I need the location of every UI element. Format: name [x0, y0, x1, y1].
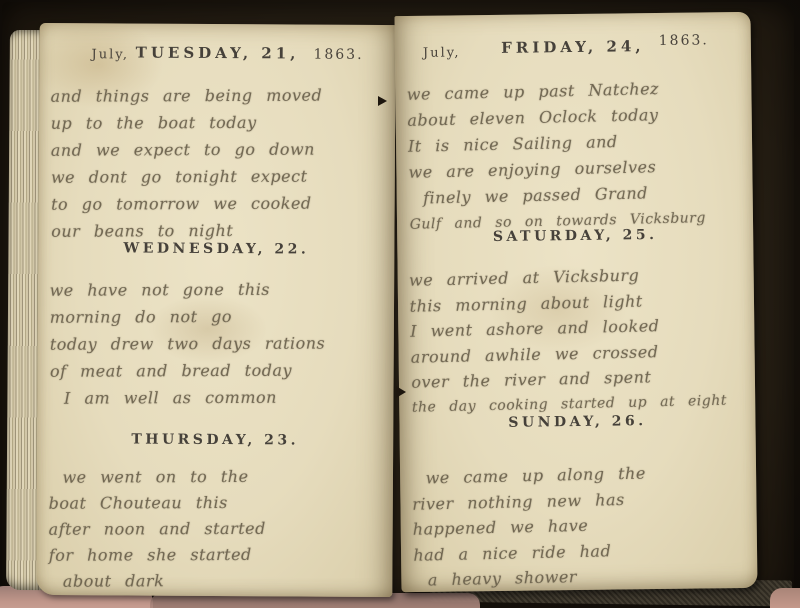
gutter-tear-mark	[396, 386, 406, 398]
section-header-wednesday: WEDNESDAY, 22.	[38, 240, 394, 258]
handwritten-line: up to the boat today	[51, 108, 389, 136]
section-header-thursday: THURSDAY, 23.	[37, 431, 393, 449]
year-label: 1863.	[313, 47, 363, 63]
handwritten-line: we went on to the	[62, 463, 386, 490]
section-header-sunday: SUNDAY, 26.	[399, 412, 755, 432]
diary-entry-sunday: we came up along the river nothing new h…	[411, 458, 752, 593]
diary-entry-wednesday: we have not gone this morning do not go …	[50, 275, 389, 411]
handwritten-line: for home she started	[49, 541, 387, 568]
handwritten-line: and things are being moved	[51, 81, 389, 109]
handwritten-line: after noon and started	[49, 515, 387, 542]
holding-finger-right	[770, 588, 800, 608]
handwritten-line: to go tomorrow we cooked	[51, 189, 389, 217]
diary-photograph: July, TUESDAY, 21, 1863. and things are …	[0, 0, 800, 608]
handwritten-line: I am well as common	[64, 383, 388, 411]
handwritten-line: we dont go tonight expect	[51, 162, 389, 190]
right-page: July, FRIDAY, 24, 1863. we came up past …	[394, 12, 757, 592]
diary-entry-thursday: we went on to the boat Chouteau this aft…	[48, 463, 387, 594]
section-header-saturday: SATURDAY, 25.	[397, 226, 753, 246]
handwritten-line: about dark	[63, 567, 387, 594]
handwritten-line: morning do not go	[50, 302, 388, 330]
handwritten-line: boat Chouteau this	[48, 489, 386, 516]
handwritten-line: and we expect to go down	[51, 135, 389, 163]
diary-entry-friday: we came up past Natchez about eleven Ocl…	[406, 74, 747, 238]
left-page: July, TUESDAY, 21, 1863. and things are …	[36, 23, 395, 597]
handwritten-line: we have not gone this	[50, 275, 388, 303]
handwritten-line: today drew two days rations	[50, 329, 388, 357]
diary-entry-saturday: we arrived at Vicksburg this morning abo…	[409, 260, 750, 421]
handwritten-line: of meat and bread today	[50, 356, 388, 384]
gutter-tear-mark	[378, 96, 387, 106]
diary-entry-tuesday: and things are being moved up to the boa…	[51, 81, 390, 244]
year-label: 1863.	[659, 32, 709, 49]
